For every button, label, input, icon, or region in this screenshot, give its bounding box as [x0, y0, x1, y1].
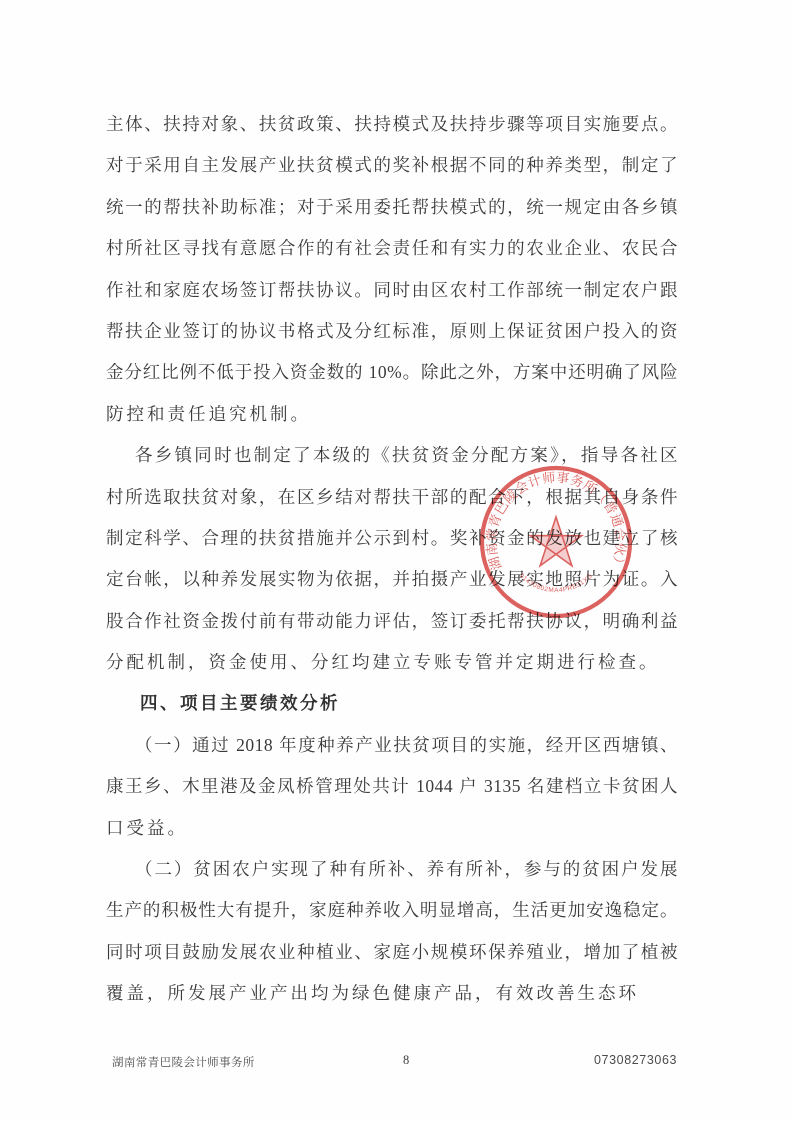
scanned-report-page: 主体、扶持对象、扶贫政策、扶持模式及扶持步骤等项目实施要点。对于采用自主发展产业… — [0, 0, 793, 1121]
text-line: 定台帐，以种养发展实物为依据，并拍摄产业发展实地照片为证。入 — [106, 559, 678, 600]
text-line: 防控和责任追究机制。 — [106, 394, 678, 435]
text-line: 作社和家庭农场签订帮扶协议。同时由区农村工作部统一制定农户跟 — [106, 270, 678, 311]
text-line: 金分红比例不低于投入资金数的 10%。除此之外，方案中还明确了风险 — [106, 352, 678, 393]
text-line: 各乡镇同时也制定了本级的《扶贫资金分配方案》，指导各社区 — [106, 435, 678, 476]
text-line: 村所选取扶贫对象，在区乡结对帮扶干部的配合下，根据其自身条件 — [106, 477, 678, 518]
footer-page-number: 8 — [403, 1053, 409, 1068]
section-heading: 四、项目主要绩效分析 — [106, 683, 678, 724]
text-line: 村所社区寻找有意愿合作的有社会责任和有实力的农业企业、农民合 — [106, 228, 678, 269]
text-line: 制定科学、合理的扶贫措施并公示到村。奖补资金的发放也建立了核 — [106, 518, 678, 559]
text-line: 同时项目鼓励发展农业种植业、家庭小规模环保养殖业，增加了植被 — [106, 932, 678, 973]
text-line: 统一的帮扶补助标准；对于采用委托帮扶模式的，统一规定由各乡镇 — [106, 187, 678, 228]
text-line: 生产的积极性大有提升，家庭种养收入明显增高，生活更加安逸稳定。 — [106, 890, 678, 931]
footer-firm-name: 湖南常青巴陵会计师事务所 — [112, 1054, 255, 1070]
text-line: 覆盖，所发展产业产出均为绿色健康产品，有效改善生态环境。 — [106, 973, 678, 1014]
text-line: 口受益。 — [106, 808, 678, 849]
text-line: 主体、扶持对象、扶贫政策、扶持模式及扶持步骤等项目实施要点。 — [106, 104, 678, 145]
text-line: 分配机制，资金使用、分红均建立专账专管并定期进行检查。 — [106, 642, 678, 683]
footer-phone-number: 07308273063 — [594, 1053, 677, 1067]
text-line: 康王乡、木里港及金凤桥管理处共计 1044 户 3135 名建档立卡贫困人 — [106, 766, 678, 807]
text-line: （二）贫困农户实现了种有所补、养有所补，参与的贫困户发展 — [106, 849, 678, 890]
document-body: 主体、扶持对象、扶贫政策、扶持模式及扶持步骤等项目实施要点。对于采用自主发展产业… — [106, 104, 678, 1015]
text-line: 对于采用自主发展产业扶贫模式的奖补根据不同的种养类型，制定了 — [106, 145, 678, 186]
text-line: 帮扶企业签订的协议书格式及分红标准，原则上保证贫困户投入的资 — [106, 311, 678, 352]
text-line: （一）通过 2018 年度种养产业扶贫项目的实施，经开区西塘镇、 — [106, 725, 678, 766]
text-line: 股合作社资金拨付前有带动能力评估，签订委托帮扶协议，明确利益 — [106, 601, 678, 642]
